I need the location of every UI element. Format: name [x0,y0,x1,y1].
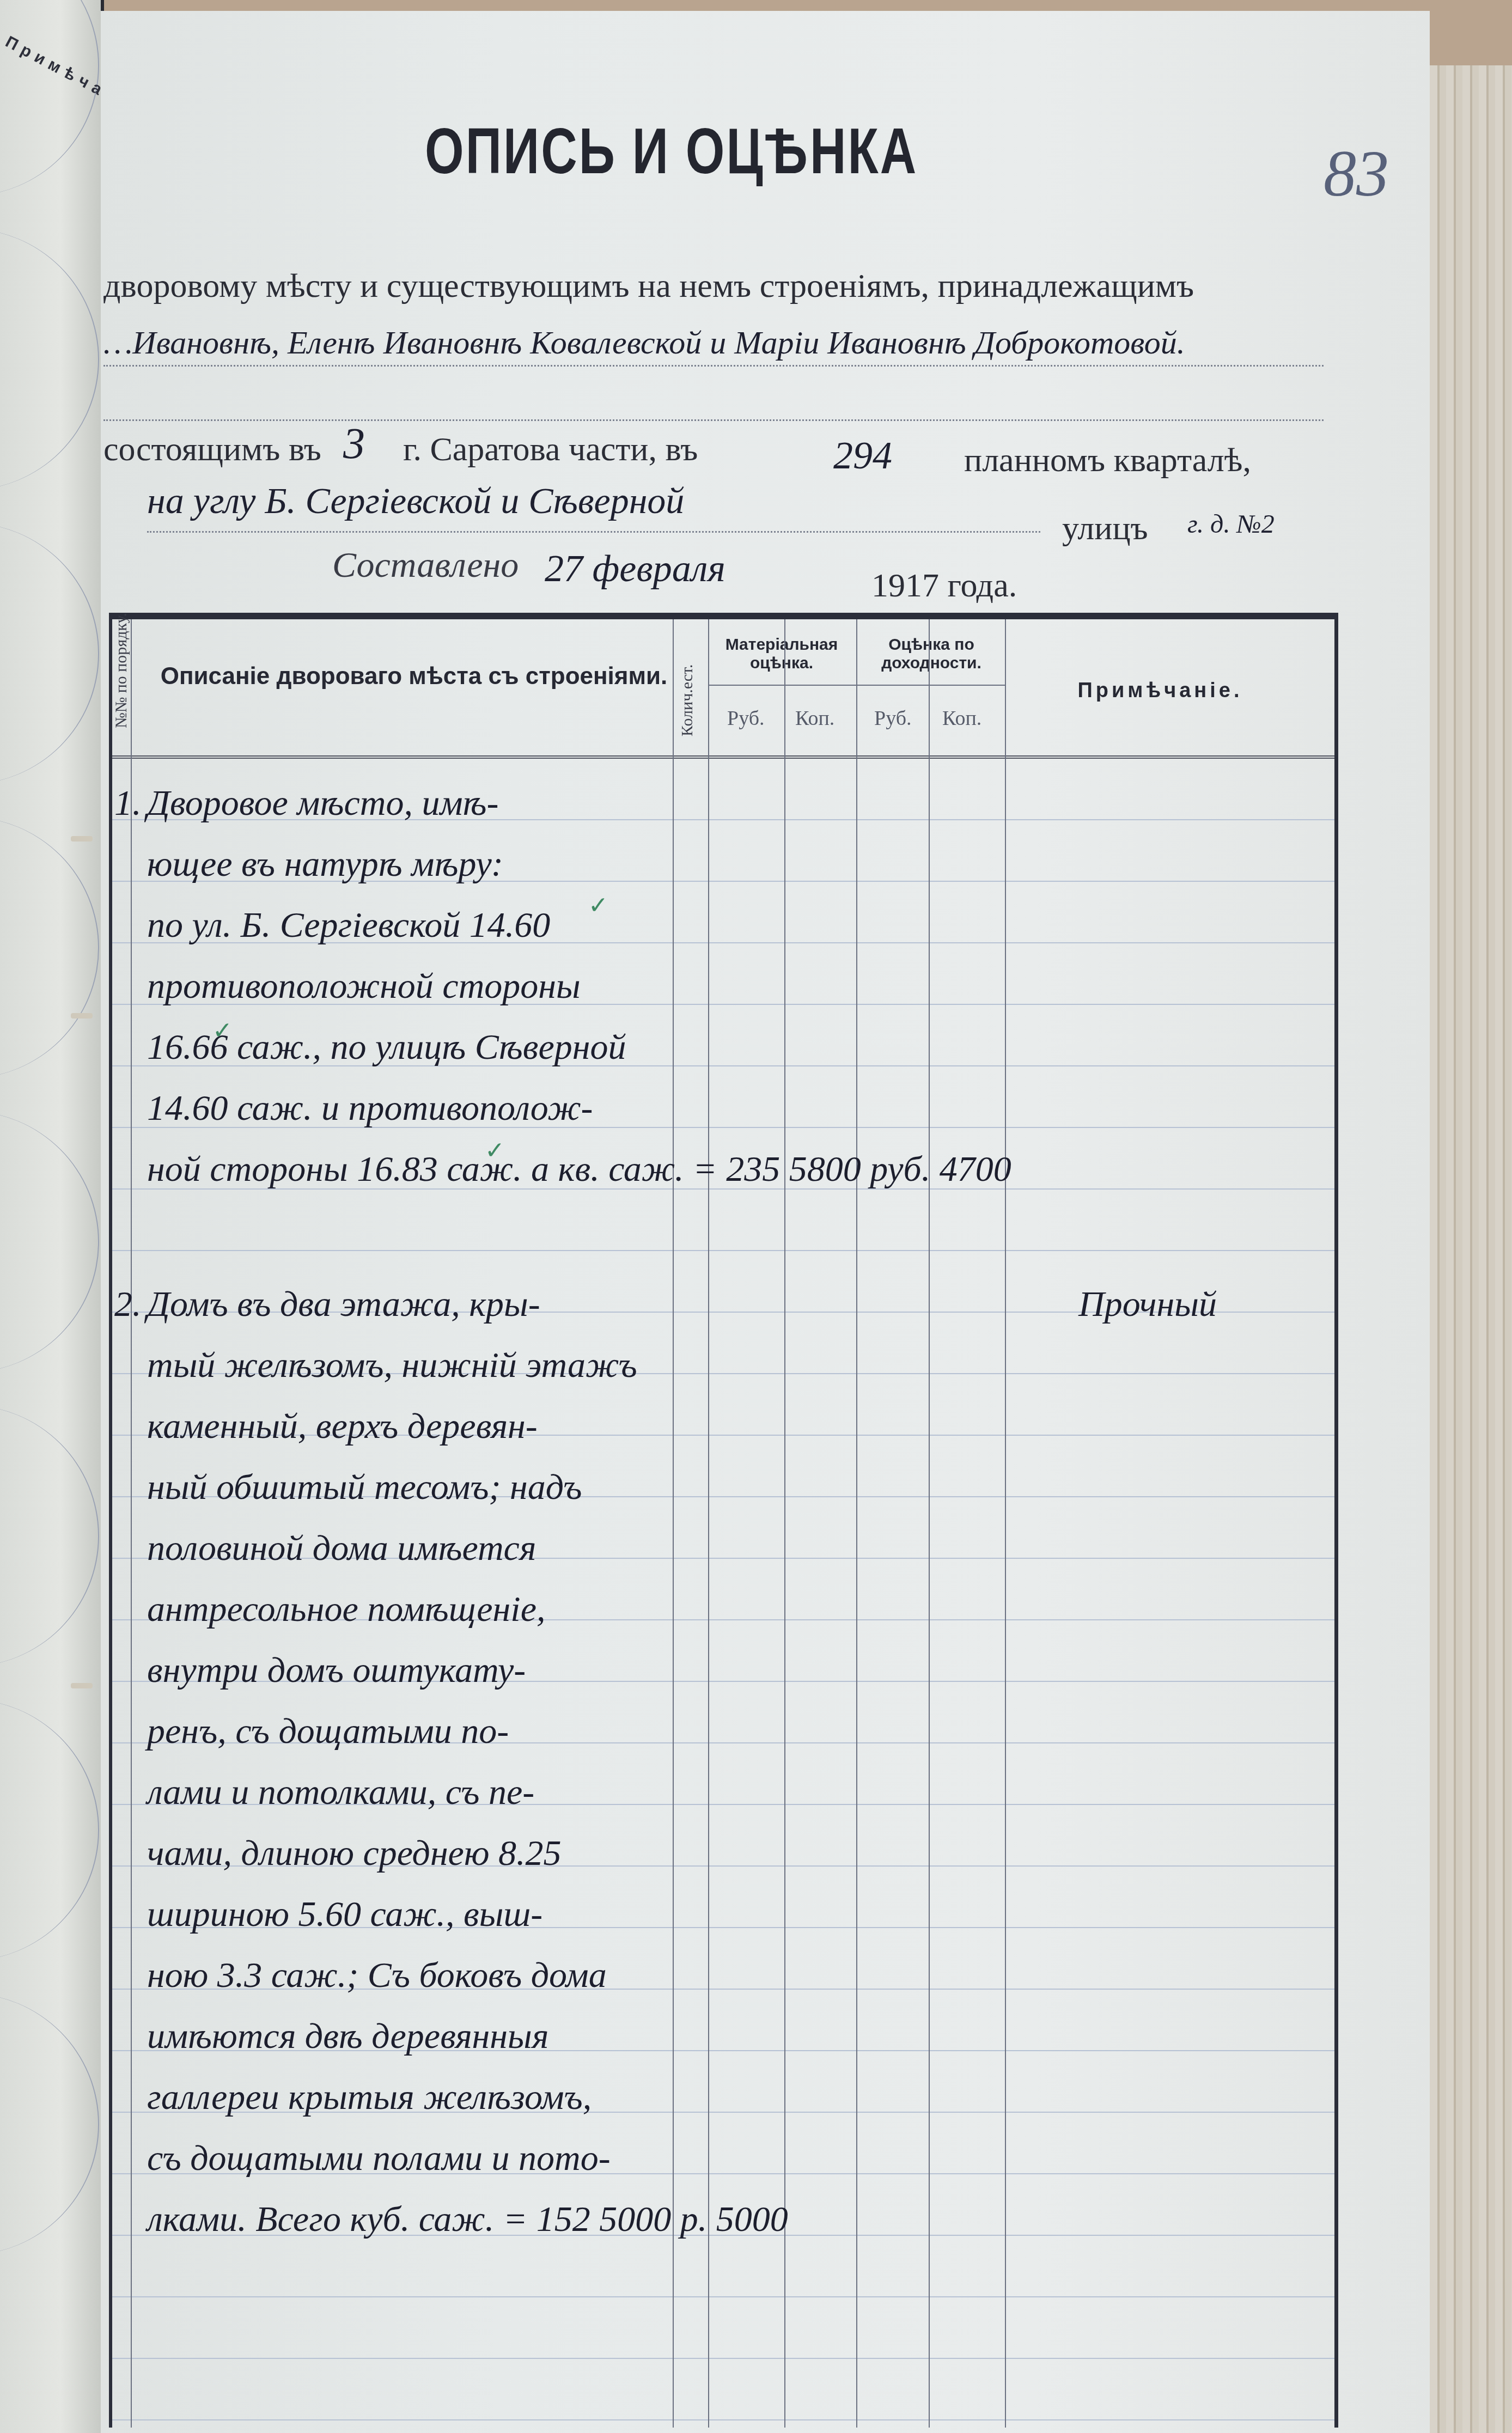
entry-2-line: антресольное помѣщеніе, [147,1589,545,1630]
col-divider-number [131,619,132,2428]
entry-2-line: половиной дома имѣется [147,1528,536,1569]
owners-handwritten: …Ивановнѣ, Еленѣ Ивановнѣ Ковалевской и … [103,324,1185,362]
col-divider-material-rub [784,619,785,2428]
header-material-rub: Руб. [727,706,764,730]
header-material-valuation: Матеріальная оцѣнка. [708,636,855,673]
binding-stitch [71,1683,93,1688]
entry-1-line: Дворовое мѣсто, имѣ- [147,783,499,824]
col-divider-quantity [708,619,709,2428]
entry-2-line: лами и потолками, съ пе- [147,1772,534,1813]
page-curve [0,817,99,1078]
entry-2-line: имѣются двѣ деревянныя [147,2016,548,2057]
page-curve [0,1405,99,1667]
header-income-rub: Руб. [874,706,911,730]
entry-1-line: ющее въ натурѣ мѣру: [147,844,503,885]
entry-2-line: съ дощатыми полами и пото- [147,2138,611,2179]
streets-line [147,531,1040,533]
binding-stitch [71,836,93,842]
entry-2-line: каменный, верхъ деревян- [147,1406,538,1447]
table-left-border [109,619,112,2428]
quarter-text: планномъ кварталѣ, [964,441,1251,480]
header-number: №№ по порядку. [112,613,131,728]
page-curve [0,1699,99,1961]
entry-1-line: ной стороны 16.83 саж. а кв. саж. = 235 … [147,1149,1011,1190]
page-curve [0,1993,99,2255]
entry-2-line: ною 3.3 саж.; Съ боковъ дома [147,1955,607,1996]
col-divider-material [856,619,857,2428]
table-header: №№ по порядку. Описаніе двороваго мѣста … [109,619,1334,759]
entry-2-line: Домъ въ два этажа, кры- [147,1284,540,1325]
compiled-label: Составлено [332,545,519,586]
entry-2-line: ный обшитый тесомъ; надъ [147,1467,582,1508]
entry-2-line: чами, длиною среднею 8.25 [147,1833,561,1874]
check-mark-icon: ✓ [485,1137,505,1164]
entry-2-line: лками. Всего куб. саж. = 152 5000 р. 500… [147,2199,788,2240]
entry-2-line: тый желѣзомъ, нижній этажъ [147,1345,637,1386]
page-curve [0,523,99,784]
header-income-valuation: Оцѣнка по доходности. [858,636,1005,673]
header-remarks: Примѣчаніе. [1008,679,1313,703]
inventory-table: №№ по порядку. Описаніе двороваго мѣста … [109,613,1338,2428]
entry-2-line: ренъ, съ дощатыми по- [147,1711,509,1752]
page-stack-edge [1430,65,1512,2433]
entry-2-line: внутри домъ оштукату- [147,1650,526,1691]
check-mark-icon: ✓ [588,892,608,919]
streets-suffix: улицъ [1062,509,1148,548]
entry-2-line: шириною 5.60 саж., выш- [147,1894,542,1935]
check-mark-icon: ✓ [212,1017,233,1045]
col-divider-description [673,619,674,2428]
entry-1-line: по ул. Б. Сергіевской 14.60 [147,905,550,946]
compiled-date: 27 февраля [545,547,725,591]
city-text: г. Саратова части, въ [403,430,698,469]
header-line-1: дворовому мѣсту и существующимъ на немъ … [103,267,1194,306]
streets-note: г. д. №2 [1187,509,1275,539]
streets-handwritten: на углу Б. Сергіевской и Сѣверной [147,479,684,522]
binding-stitch [71,1013,93,1019]
page-curve [0,1111,99,1373]
header-material-kop: Коп. [795,706,834,730]
left-facing-page: Примѣча [0,0,104,2433]
col-divider-income-rub [929,619,930,2428]
header-description: Описаніе двороваго мѣста съ строеніями. [142,663,686,690]
entry-2-remark: Прочный [1078,1284,1217,1325]
part-number: 3 [343,419,365,469]
page-curve [0,229,99,490]
folio-number: 83 [1324,136,1389,211]
entry-2-number: 2. [114,1284,142,1325]
page-curve [0,0,99,196]
header-income-kop: Коп. [942,706,981,730]
entry-1-line: 14.60 саж. и противополож- [147,1088,593,1129]
entry-1-number: 1. [114,783,142,824]
owners-line [103,365,1324,367]
page-title: ОПИСЬ И ОЦѢНКА [425,114,918,188]
col-divider-income [1005,619,1006,2428]
location-prefix: состоящимъ въ [103,430,321,469]
entry-2-line: галлереи крытыя желѣзомъ, [147,2077,592,2118]
blank-line [103,419,1324,421]
entry-1-line: противоположной стороны [147,966,581,1007]
compiled-year: 1917 года. [871,566,1017,605]
header-quantity: Колич.ест. [678,664,697,736]
quarter-number: 294 [833,433,892,478]
